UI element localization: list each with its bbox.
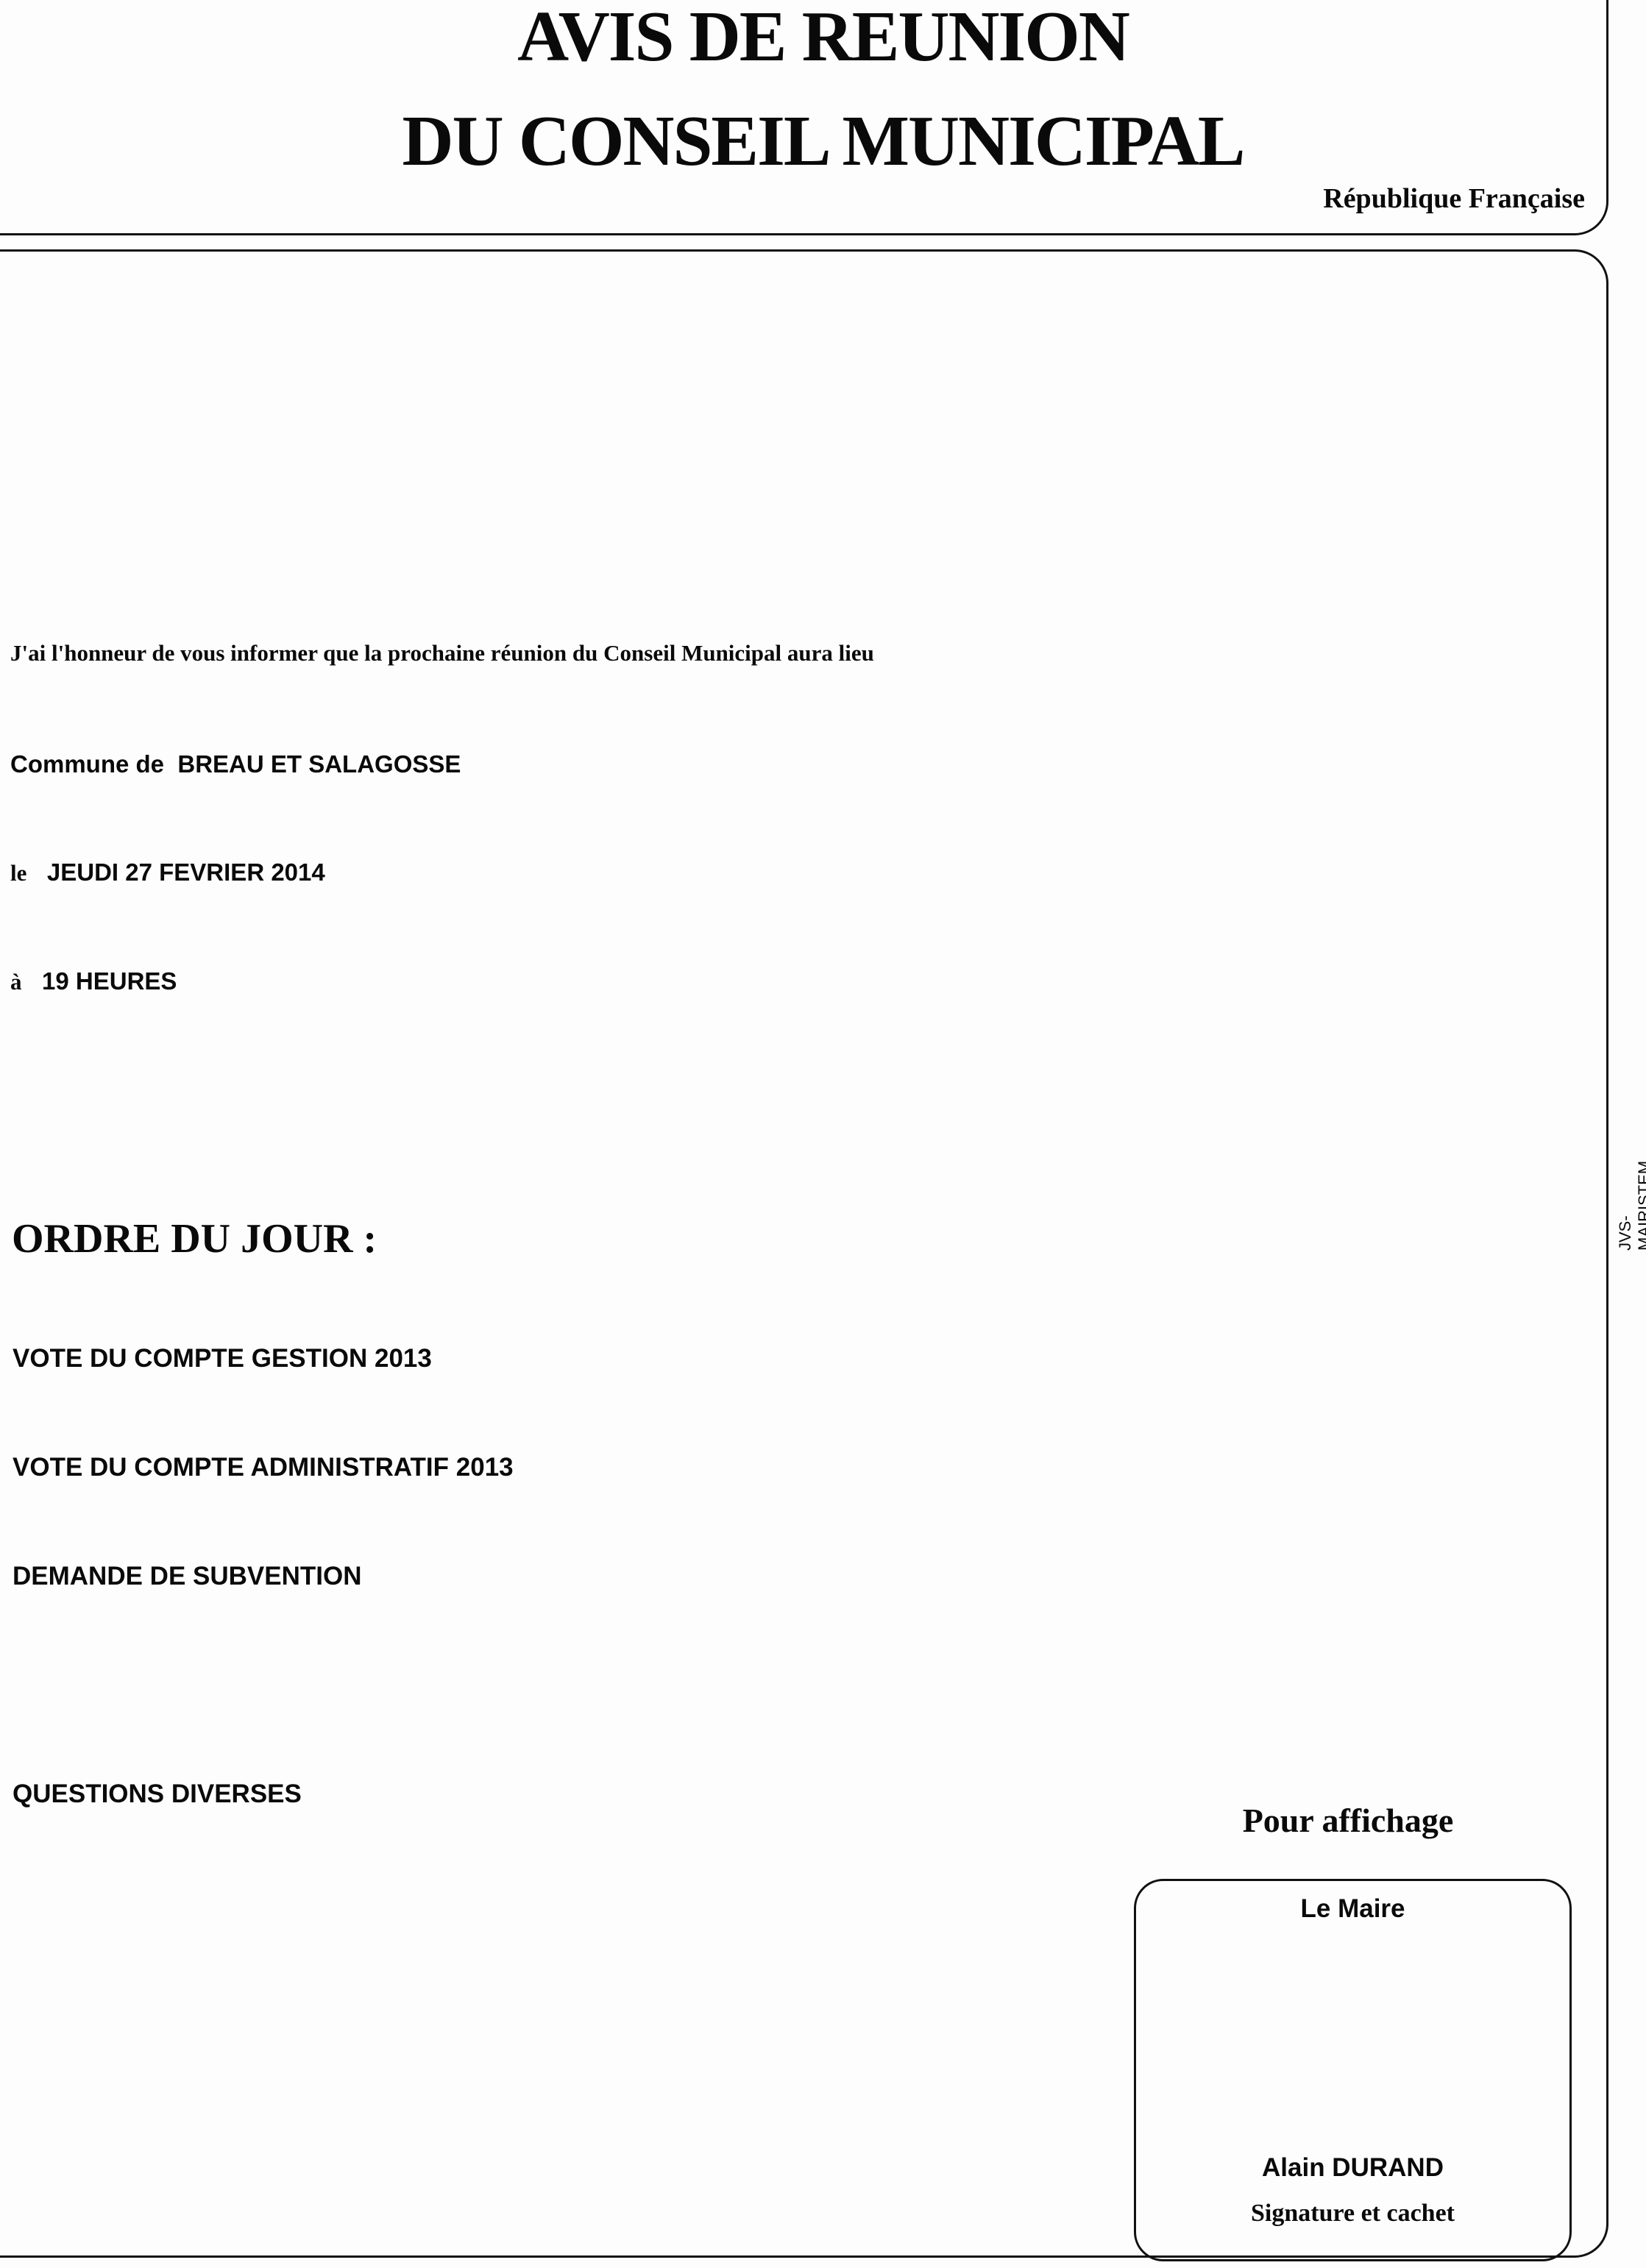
- time-line: à 19 HEURES: [10, 967, 177, 995]
- date-line: le JEUDI 27 FEVRIER 2014: [10, 859, 325, 886]
- agenda-heading: ORDRE DU JOUR :: [12, 1215, 377, 1262]
- agenda-item: QUESTIONS DIVERSES: [13, 1780, 302, 1809]
- agenda-item: DEMANDE DE SUBVENTION: [13, 1562, 361, 1591]
- commune-value: BREAU ET SALAGOSSE: [177, 750, 461, 778]
- time-value: 19 HEURES: [42, 967, 177, 995]
- date-value: JEUDI 27 FEVRIER 2014: [47, 859, 325, 886]
- signature-box: Le Maire Alain DURAND Signature et cache…: [1134, 1879, 1572, 2261]
- commune-line: Commune de BREAU ET SALAGOSSE: [10, 750, 461, 778]
- mayor-name: Alain DURAND: [1136, 2153, 1569, 2183]
- agenda-item: VOTE DU COMPTE GESTION 2013: [13, 1344, 432, 1373]
- mayor-role: Le Maire: [1136, 1894, 1569, 1924]
- side-label: JVS-MAIRISTEM EDILASER: [1616, 1161, 1646, 1251]
- title-line-1: AVIS DE REUNION: [0, 0, 1646, 77]
- title-line-2: DU CONSEIL MUNICIPAL: [0, 100, 1646, 182]
- date-label: le: [10, 860, 26, 886]
- display-note: Pour affichage: [1238, 1801, 1458, 1840]
- intro-text: J'ai l'honneur de vous informer que la p…: [10, 640, 874, 666]
- agenda-item: VOTE DU COMPTE ADMINISTRATIF 2013: [13, 1453, 514, 1482]
- time-label: à: [10, 969, 22, 995]
- republic-label: République Française: [1323, 182, 1585, 215]
- commune-label: Commune de: [10, 750, 164, 778]
- signature-caption: Signature et cachet: [1136, 2200, 1569, 2228]
